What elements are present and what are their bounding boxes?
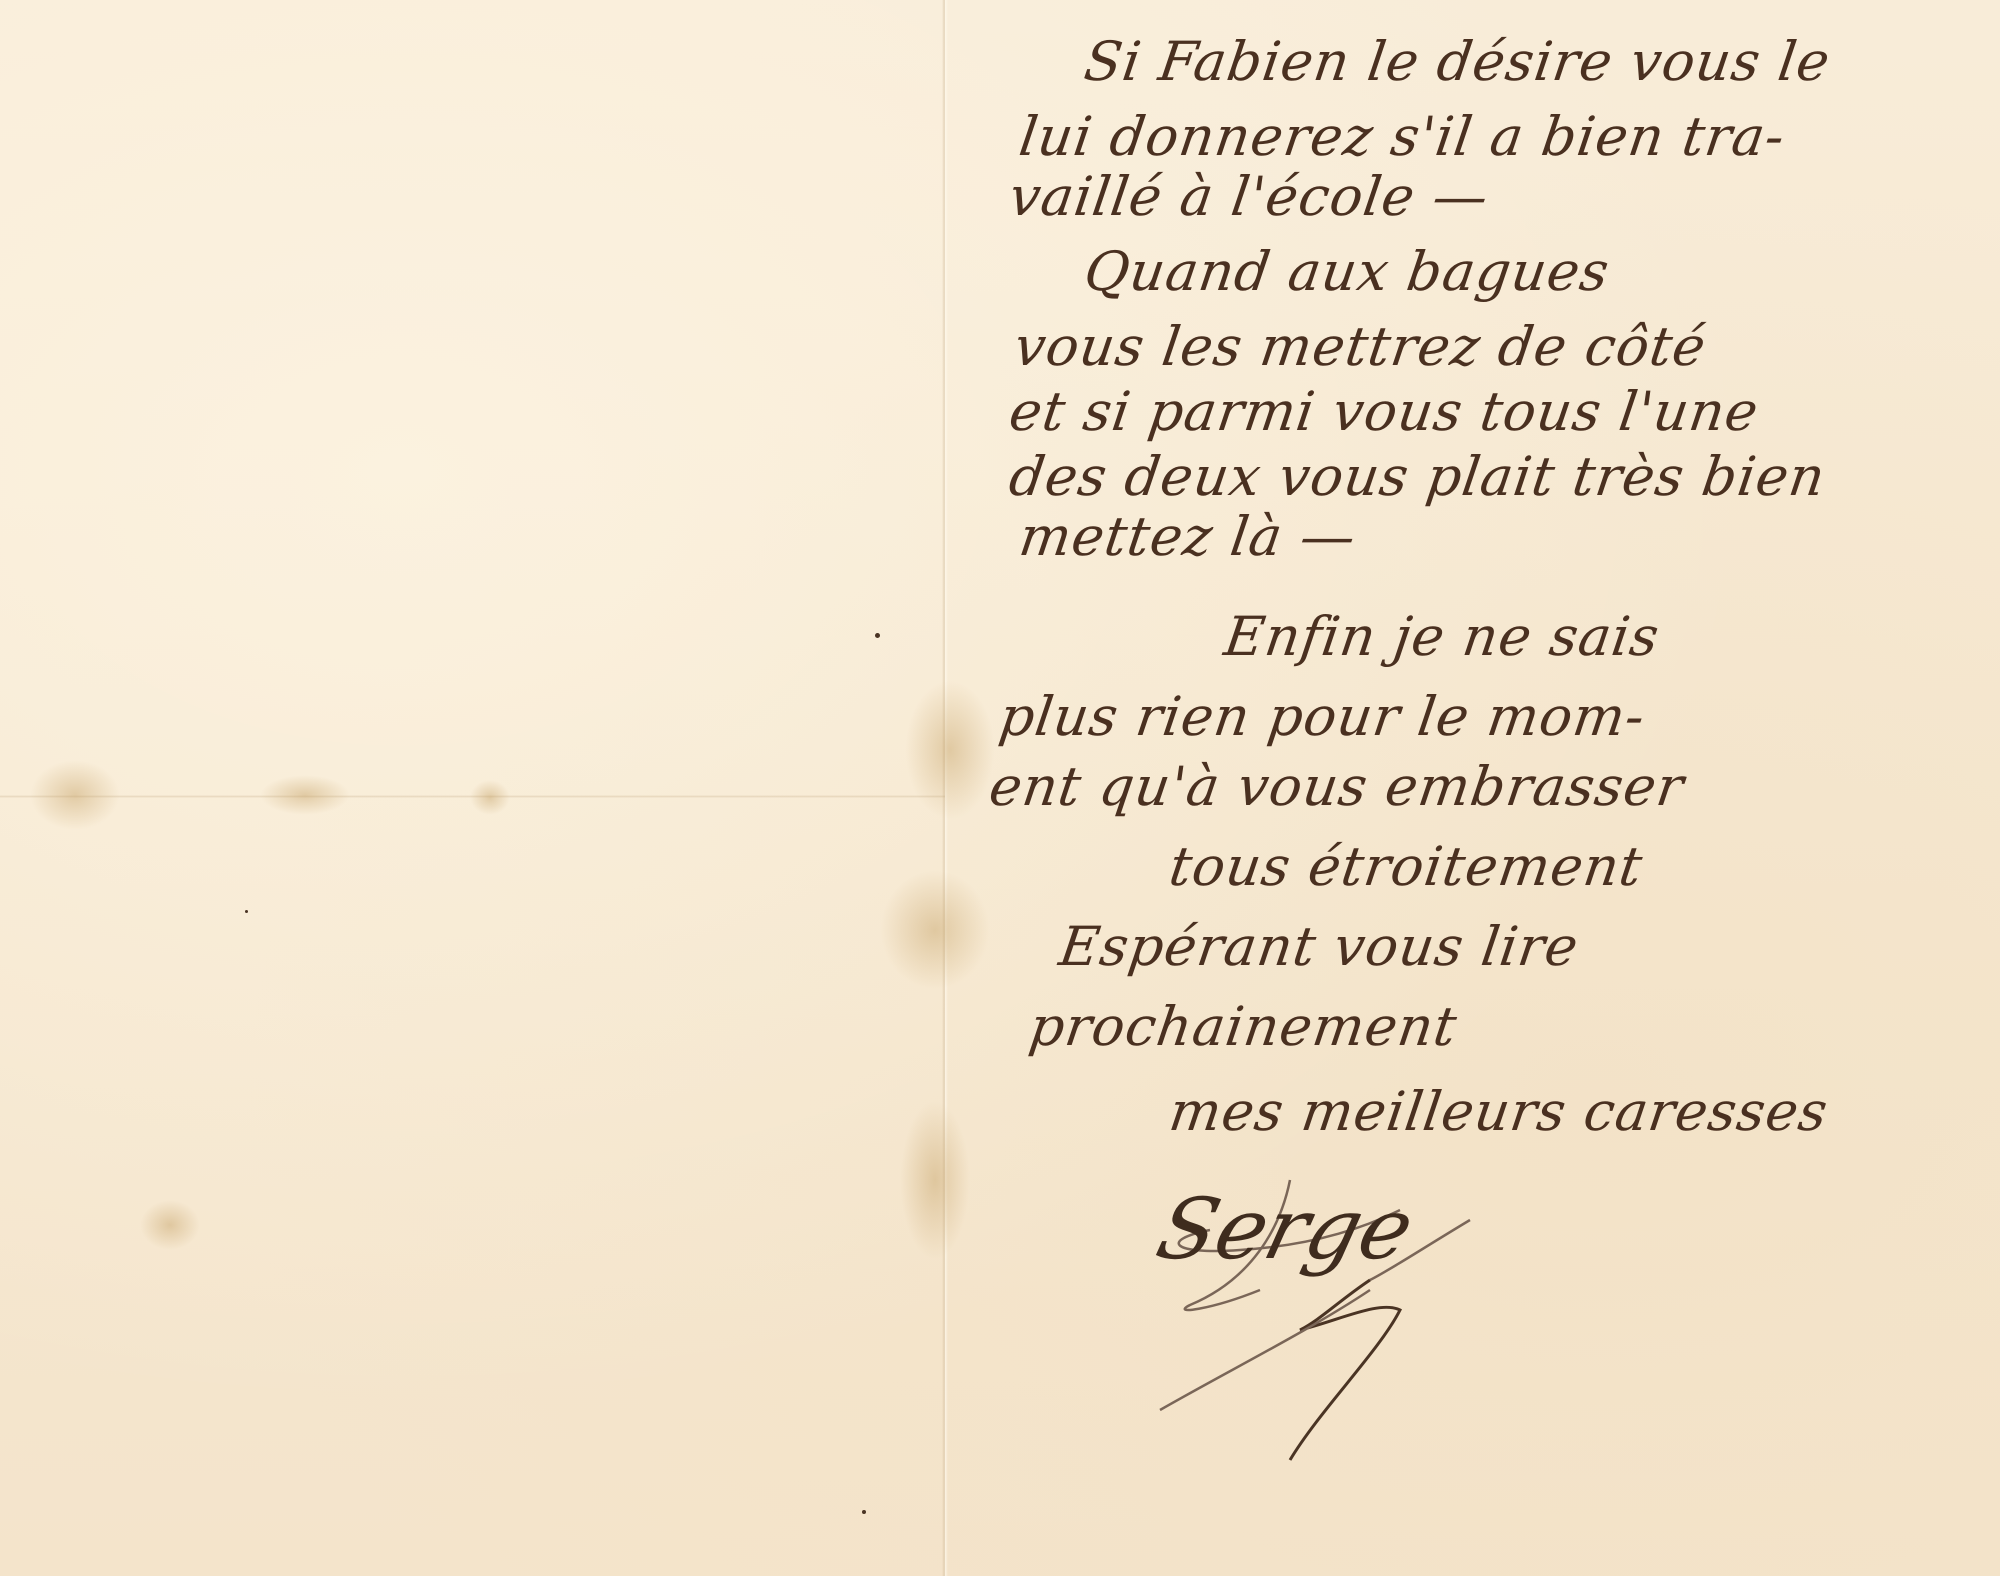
- letter-line: Espérant vous lire: [1056, 915, 1583, 978]
- letter-line: prochainement: [1026, 995, 1462, 1058]
- letter-line: mettez là —: [1016, 505, 1361, 568]
- letter-line: plus rien pour le mom-: [996, 685, 1650, 748]
- letter-line: Enfin je ne sais: [1221, 605, 1664, 668]
- letter-line: vous les mettrez de côté: [1011, 315, 1711, 378]
- letter-line: lui donnerez s'il a bien tra-: [1016, 105, 1790, 168]
- letter-line: tous étroitement: [1166, 835, 1647, 898]
- letter-line: Si Fabien le désire vous le: [1081, 30, 1835, 93]
- letter-line: vaillé à l'école —: [1006, 165, 1493, 228]
- letter-line: ent qu'à vous embrasser: [986, 755, 1689, 818]
- signature: Serge: [1148, 1180, 1423, 1278]
- letter-line: Quand aux bagues: [1081, 240, 1614, 303]
- letter-line: mes meilleurs caresses: [1166, 1080, 1833, 1143]
- letter-line: et si parmi vous tous l'une: [1006, 380, 1763, 443]
- letter-line: des deux vous plait très bien: [1006, 445, 1830, 508]
- letter-text-block: Si Fabien le désire vous le lui donnerez…: [0, 0, 1055, 1576]
